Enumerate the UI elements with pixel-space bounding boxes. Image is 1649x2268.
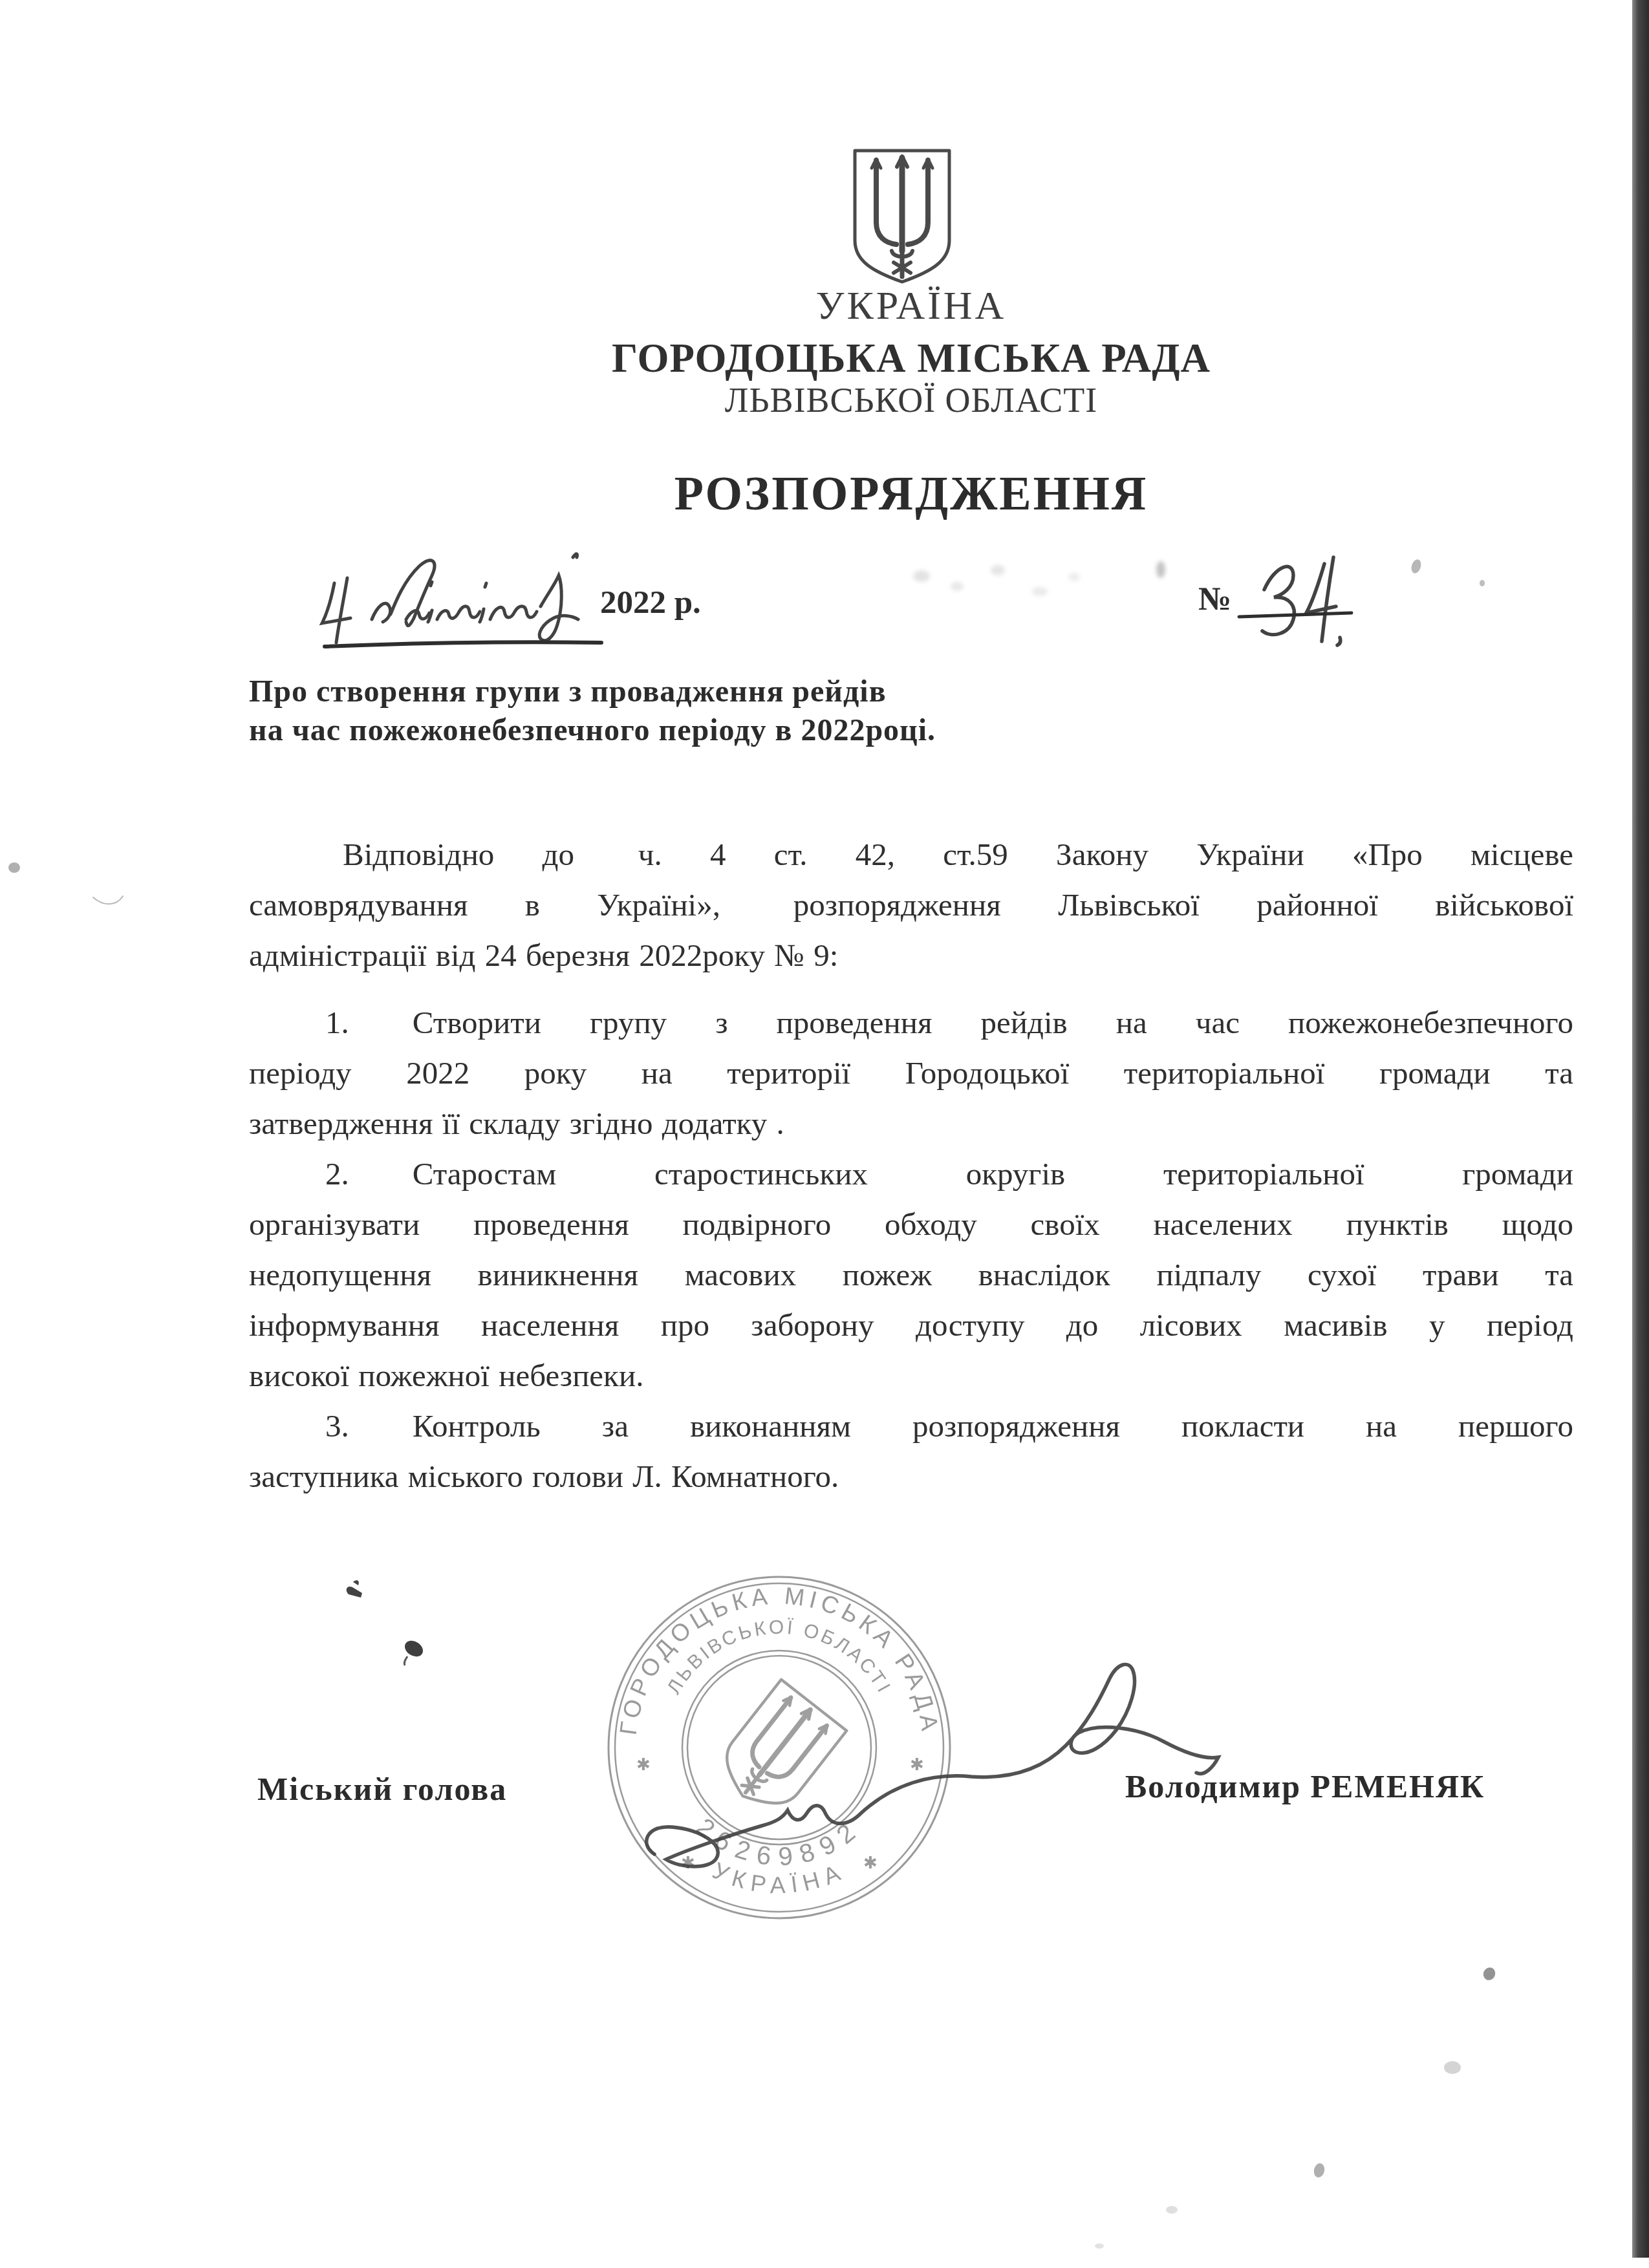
handwritten-number bbox=[1229, 543, 1371, 659]
region-name: ЛЬВІВСЬКОЇ ОБЛАСТІ bbox=[249, 380, 1573, 420]
text-line: 2. Старостам старостинських округів тери… bbox=[249, 1149, 1573, 1199]
scan-smudge bbox=[991, 565, 1005, 575]
text-line: періоду 2022 року на території Городоцьк… bbox=[249, 1048, 1573, 1098]
official-round-stamp: ГОРОДОЦЬКА МІСЬКА РАДА ЛЬВІВСЬКОЇ ОБЛАСТ… bbox=[579, 1544, 980, 1958]
text-line: 3. Контроль за виконанням розпорядження … bbox=[249, 1401, 1573, 1451]
svg-text:ЛЬВІВСЬКОЇ ОБЛАСТІ: ЛЬВІВСЬКОЇ ОБЛАСТІ bbox=[663, 1617, 896, 1698]
stamp-code-text: 26269892 bbox=[691, 1813, 867, 1872]
svg-text:ГОРОДОЦЬКА МІСЬКА РАДА: ГОРОДОЦЬКА МІСЬКА РАДА bbox=[615, 1583, 944, 1737]
svg-text:УКРАЇНА: УКРАЇНА bbox=[709, 1857, 850, 1898]
scan-smudge bbox=[1156, 561, 1165, 578]
council-name: ГОРОДОЦЬКА МІСЬКА РАДА bbox=[249, 335, 1573, 382]
coat-of-arms-emblem bbox=[841, 142, 964, 288]
text-line: заступника міського голови Л. Комнатного… bbox=[249, 1451, 1573, 1502]
subject-block: Про створення групи з провадження рейдів… bbox=[249, 672, 1219, 750]
handwritten-date bbox=[304, 543, 614, 659]
stamp-star-bottom-right-icon: ✱ bbox=[863, 1854, 878, 1872]
stamp-country-text: УКРАЇНА bbox=[709, 1857, 850, 1898]
subject-line-1: Про створення групи з провадження рейдів bbox=[249, 672, 1219, 711]
decree-body: Відповідно до ч. 4 ст. 42, ст.59 Закону … bbox=[249, 829, 1573, 1502]
signer-position-label: Міський голова bbox=[257, 1770, 507, 1808]
scan-smudge bbox=[951, 582, 964, 591]
scanned-decree-page: { "header": { "country": "УКРАЇНА", "cou… bbox=[0, 0, 1649, 2268]
text-line: організувати проведення подвірного обход… bbox=[249, 1199, 1573, 1250]
text-line: адміністрації від 24 березня 2022року № … bbox=[249, 930, 1573, 981]
decree-item-3: 3. Контроль за виконанням розпорядження … bbox=[249, 1401, 1573, 1502]
scanner-edge-shadow bbox=[1632, 0, 1649, 2258]
text-line: високої пожежної небезпеки. bbox=[249, 1351, 1573, 1401]
country-name: УКРАЇНА bbox=[249, 283, 1573, 329]
text-line: недопущення виникнення масових пожеж вна… bbox=[249, 1250, 1573, 1300]
signer-name-label: Володимир РЕМЕНЯК bbox=[1125, 1768, 1485, 1805]
stamp-inner-ring-text: ЛЬВІВСЬКОЇ ОБЛАСТІ bbox=[663, 1617, 896, 1698]
text-line: самоврядування в Україні», розпорядження… bbox=[249, 880, 1573, 930]
decree-item-1: 1. Створити групу з проведення рейдів на… bbox=[249, 998, 1573, 1149]
scan-smudge bbox=[1068, 573, 1080, 581]
stamp-outer-ring-text: ГОРОДОЦЬКА МІСЬКА РАДА bbox=[615, 1583, 944, 1737]
stamp-star-bottom-left-icon: ✱ bbox=[681, 1854, 695, 1872]
decree-item-2: 2. Старостам старостинських округів тери… bbox=[249, 1149, 1573, 1401]
subject-line-2: на час пожежонебезпечного періоду в 2022… bbox=[249, 711, 1219, 750]
document-type-title: РОЗПОРЯДЖЕННЯ bbox=[249, 467, 1573, 522]
text-line: інформування населення про заборону дост… bbox=[249, 1300, 1573, 1351]
text-line: 1. Створити групу з проведення рейдів на… bbox=[249, 998, 1573, 1048]
stamp-star-right-icon: ✱ bbox=[910, 1755, 924, 1774]
stamp-star-left-icon: ✱ bbox=[636, 1755, 651, 1774]
svg-text:26269892: 26269892 bbox=[691, 1813, 867, 1872]
text-line: затвердження її складу згідно додатку . bbox=[249, 1098, 1573, 1149]
stamp-trident-icon bbox=[710, 1680, 846, 1822]
scan-smudge bbox=[1032, 587, 1048, 596]
year-label: 2022 р. bbox=[600, 584, 701, 621]
scan-smudge bbox=[913, 570, 930, 582]
number-sign: № bbox=[1198, 581, 1231, 618]
text-line: Відповідно до ч. 4 ст. 42, ст.59 Закону … bbox=[249, 829, 1573, 880]
preamble-paragraph: Відповідно до ч. 4 ст. 42, ст.59 Закону … bbox=[249, 829, 1573, 981]
